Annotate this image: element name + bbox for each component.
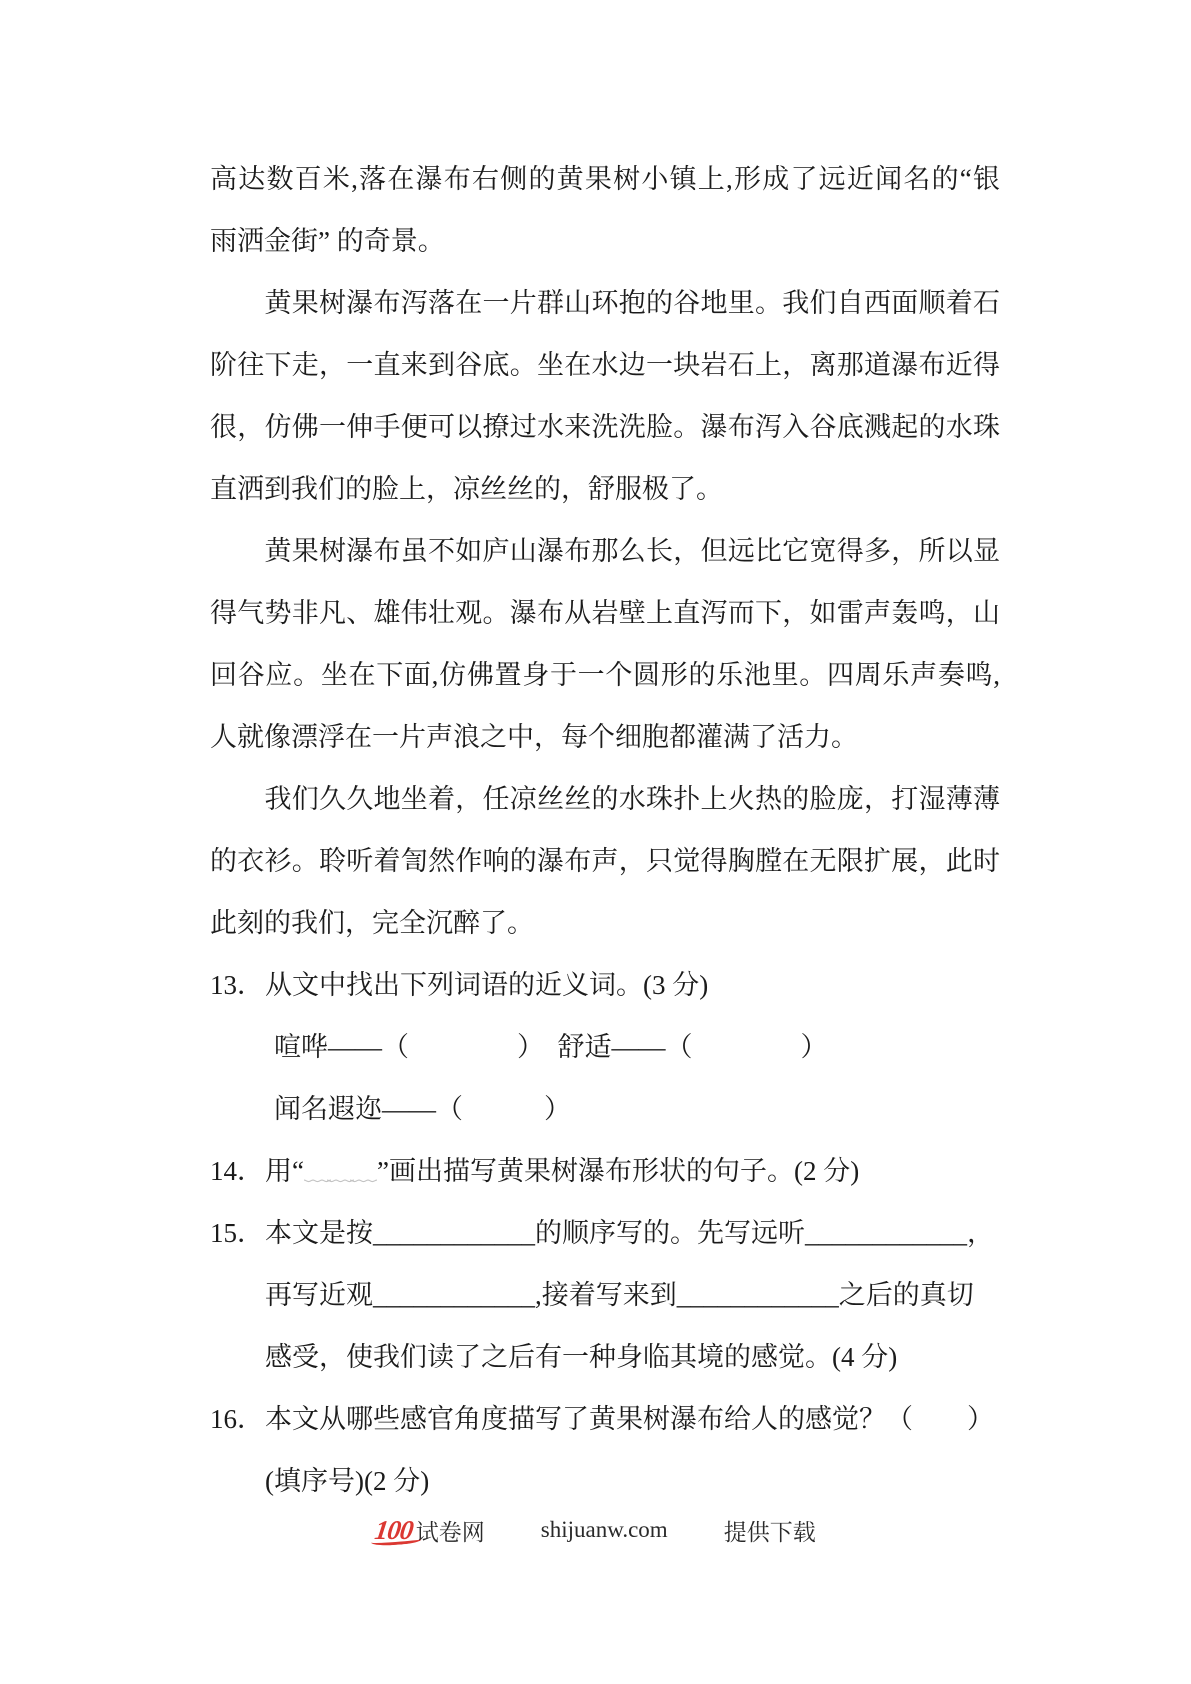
question-15-line: 再写近观____________,接着写来到____________之后的真切 [265, 1264, 1000, 1326]
logo-100-icon: 100 [375, 1515, 413, 1546]
passage-line: 直洒到我们的脸上，凉丝丝的，舒服极了。 [210, 458, 1000, 520]
footer-domain: shijuanw.com [541, 1517, 668, 1543]
passage-line: 黄果树瀑布泻落在一片群山环抱的谷地里。我们自西面顺着石 [210, 272, 1000, 334]
passage-line: 黄果树瀑布虽不如庐山瀑布那么长，但远比它宽得多，所以显 [210, 520, 1000, 582]
question-13: 13． 从文中找出下列词语的近义词。(3 分) 喧哗——（ ） 舒适——（ ） … [210, 954, 1000, 1140]
question-15: 15． 本文是按____________的顺序写的。先写远听__________… [210, 1202, 1000, 1388]
site-brand: 100 试卷网 [375, 1514, 485, 1547]
passage-line: 高达数百米,落在瀑布右侧的黄果树小镇上,形成了远近闻名的“银 [210, 148, 1000, 210]
passage-line: 的衣衫。聆听着訇然作响的瀑布声，只觉得胸膛在无限扩展，此时 [210, 830, 1000, 892]
test-paper-page: 高达数百米,落在瀑布右侧的黄果树小镇上,形成了远近闻名的“银 雨洒金街” 的奇景… [0, 0, 1191, 1684]
passage-line: 很，仿佛一伸手便可以撩过水来洗洗脸。瀑布泻入谷底溅起的水珠 [210, 396, 1000, 458]
passage-line: 我们久久地坐着，任凉丝丝的水珠扑上火热的脸庞，打湿薄薄 [210, 768, 1000, 830]
question-16: 16． 本文从哪些感官角度描写了黄果树瀑布给人的感觉？（ ） (填序号)(2 分… [210, 1388, 1000, 1512]
question-13-answer-line: 喧哗——（ ） 舒适——（ ） [265, 1016, 1000, 1078]
passage-line: 阶往下走，一直来到谷底。坐在水边一块岩石上，离那道瀑布近得 [210, 334, 1000, 396]
question-16-body: 本文从哪些感官角度描写了黄果树瀑布给人的感觉？（ ） (填序号)(2 分) [265, 1388, 1000, 1512]
question-13-text: 从文中找出下列词语的近义词。(3 分) [265, 954, 1000, 1016]
question-15-line: 本文是按____________的顺序写的。先写远听____________， [265, 1202, 1000, 1264]
wavy-underline-blank: ﹏﹏﹏ [304, 1156, 373, 1186]
passage-line: 此刻的我们，完全沉醉了。 [210, 892, 1000, 954]
question-14-body: 用“﹏﹏﹏”画出描写黄果树瀑布形状的句子。(2 分) [265, 1140, 1000, 1202]
question-14: 14． 用“﹏﹏﹏”画出描写黄果树瀑布形状的句子。(2 分) [210, 1140, 1000, 1202]
document-content: 高达数百米,落在瀑布右侧的黄果树小镇上,形成了远近闻名的“银 雨洒金街” 的奇景… [210, 148, 1000, 1512]
question-13-body: 从文中找出下列词语的近义词。(3 分) 喧哗——（ ） 舒适——（ ） 闻名遐迩… [265, 954, 1000, 1140]
question-15-line: 感受，使我们读了之后有一种身临其境的感觉。(4 分) [265, 1326, 1000, 1388]
reading-passage: 高达数百米,落在瀑布右侧的黄果树小镇上,形成了远近闻名的“银 雨洒金街” 的奇景… [210, 148, 1000, 954]
passage-line: 得气势非凡、雄伟壮观。瀑布从岩壁上直泻而下，如雷声轰鸣，山 [210, 582, 1000, 644]
site-name: 试卷网 [416, 1514, 485, 1547]
question-15-number: 15． [210, 1202, 265, 1264]
question-16-line: 本文从哪些感官角度描写了黄果树瀑布给人的感觉？（ ） [265, 1388, 1000, 1450]
question-15-body: 本文是按____________的顺序写的。先写远听____________， … [265, 1202, 1000, 1388]
question-14-prefix: 用“ [265, 1156, 304, 1186]
passage-line: 人就像漂浮在一片声浪之中，每个细胞都灌满了活力。 [210, 706, 1000, 768]
site-footer: 100 试卷网 shijuanw.com 提供下载 [0, 1508, 1191, 1552]
question-13-number: 13． [210, 954, 265, 1016]
passage-line: 回谷应。坐在下面,仿佛置身于一个圆形的乐池里。四周乐声奏鸣, [210, 644, 1000, 706]
footer-download-label: 提供下载 [724, 1514, 816, 1547]
question-16-line: (填序号)(2 分) [265, 1450, 1000, 1512]
question-16-number: 16． [210, 1388, 265, 1450]
question-13-answer-line: 闻名遐迩——（ ） [265, 1078, 1000, 1140]
passage-line: 雨洒金街” 的奇景。 [210, 210, 1000, 272]
question-14-suffix: ”画出描写黄果树瀑布形状的句子。(2 分) [377, 1156, 859, 1186]
question-14-text: 用“﹏﹏﹏”画出描写黄果树瀑布形状的句子。(2 分) [265, 1140, 1000, 1202]
question-14-number: 14． [210, 1140, 265, 1202]
